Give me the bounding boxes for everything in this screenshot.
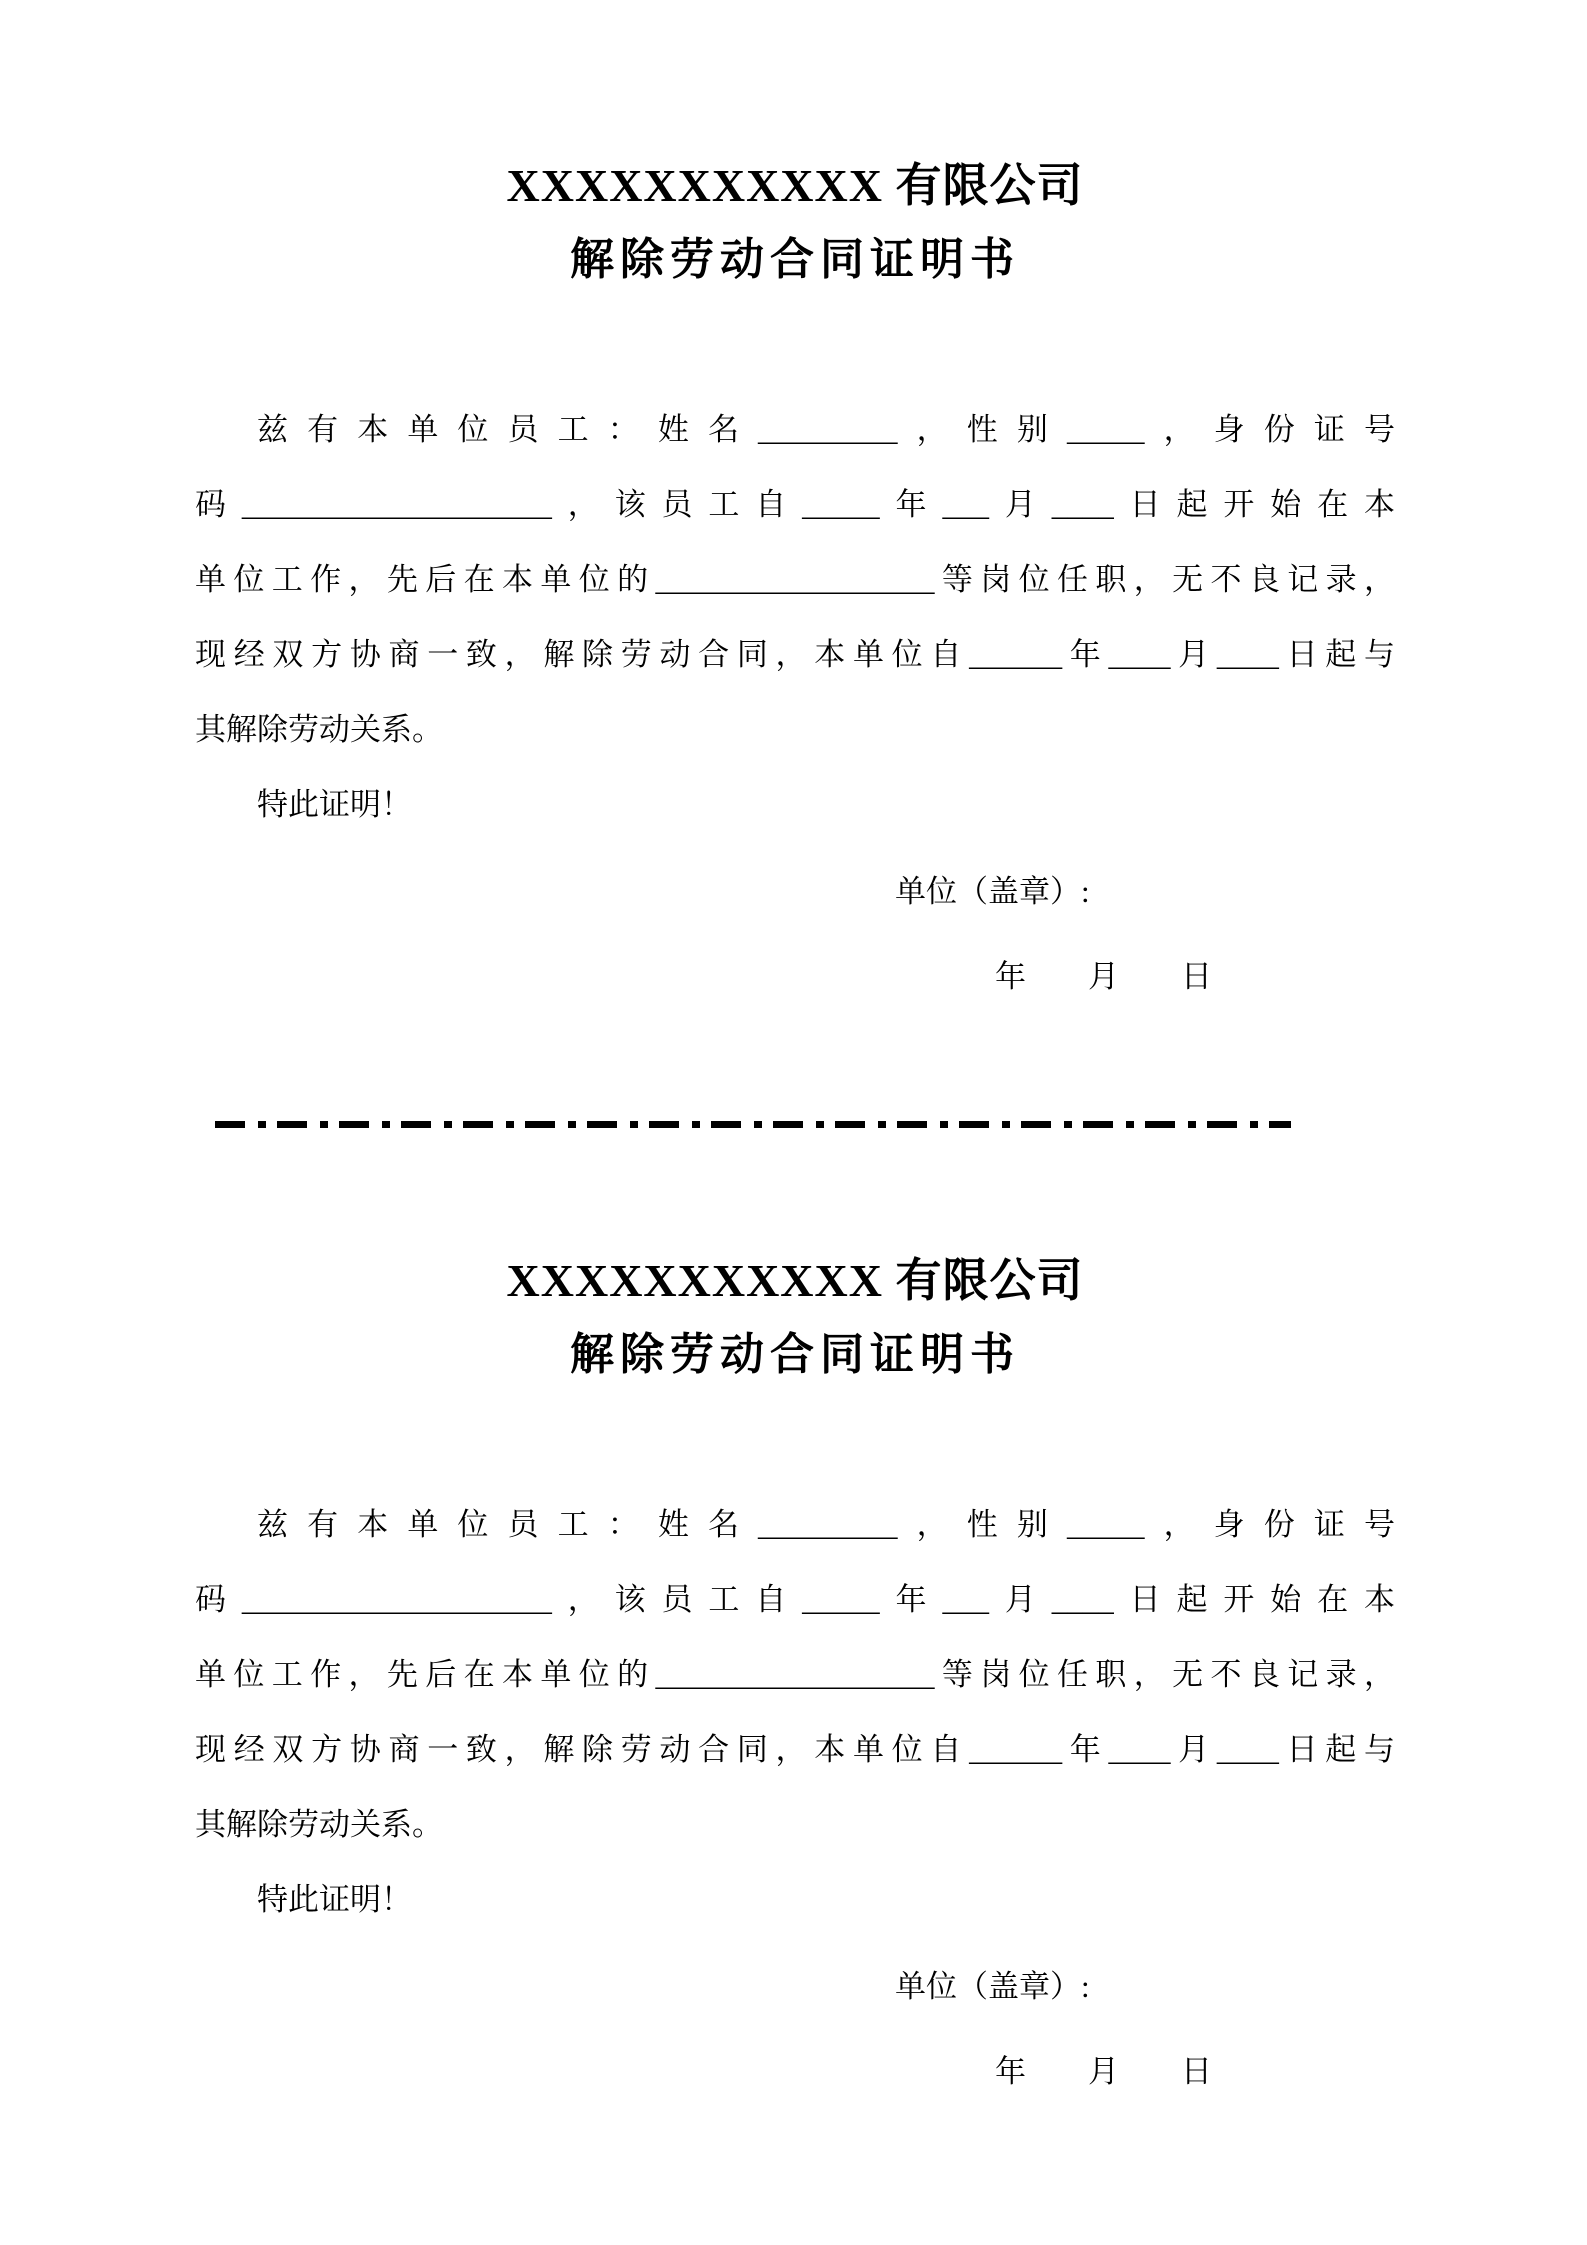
closing-statement: 特此证明！ <box>195 1862 1395 1937</box>
company-seal-label: 单位（盖章）: <box>195 1949 1395 2024</box>
paragraph-line: 兹有本单位员工：姓名_________，性别_____，身份证号 <box>195 1487 1395 1562</box>
company-seal-label: 单位（盖章）: <box>195 854 1395 929</box>
cut-line-separator <box>215 1121 1291 1128</box>
company-title: XXXXXXXXXXX 有限公司 <box>195 156 1395 216</box>
date-line: 年 月 日 <box>195 939 1395 1014</box>
paragraph-line: 单位工作，先后在本单位的__________________等岗位任职，无不良记… <box>195 542 1395 617</box>
company-title: XXXXXXXXXXX 有限公司 <box>195 1251 1395 1311</box>
date-line: 年 月 日 <box>195 2034 1395 2109</box>
paragraph-line: 单位工作，先后在本单位的__________________等岗位任职，无不良记… <box>195 1637 1395 1712</box>
paragraph-line: 兹有本单位员工：姓名_________，性别_____，身份证号 <box>195 392 1395 467</box>
paragraph-line: 码____________________，该员工自_____年___月____… <box>195 467 1395 542</box>
certificate-copy-2: XXXXXXXXXXX 有限公司 解除劳动合同证明书 兹有本单位员工：姓名___… <box>195 1251 1395 2109</box>
document-title: 解除劳动合同证明书 <box>195 230 1395 290</box>
document-page: XXXXXXXXXXX 有限公司 解除劳动合同证明书 兹有本单位员工：姓名___… <box>0 0 1587 2245</box>
paragraph-line: 其解除劳动关系。 <box>195 692 1395 767</box>
body-paragraph: 兹有本单位员工：姓名_________，性别_____，身份证号 码______… <box>195 1487 1395 1862</box>
closing-statement: 特此证明！ <box>195 767 1395 842</box>
body-paragraph: 兹有本单位员工：姓名_________，性别_____，身份证号 码______… <box>195 392 1395 767</box>
paragraph-line: 码____________________，该员工自_____年___月____… <box>195 1562 1395 1637</box>
certificate-copy-1: XXXXXXXXXXX 有限公司 解除劳动合同证明书 兹有本单位员工：姓名___… <box>195 156 1395 1014</box>
paragraph-line: 其解除劳动关系。 <box>195 1787 1395 1862</box>
paragraph-line: 现经双方协商一致，解除劳动合同，本单位自______年____月____日起与 <box>195 1712 1395 1787</box>
document-title: 解除劳动合同证明书 <box>195 1325 1395 1385</box>
paragraph-line: 现经双方协商一致，解除劳动合同，本单位自______年____月____日起与 <box>195 617 1395 692</box>
